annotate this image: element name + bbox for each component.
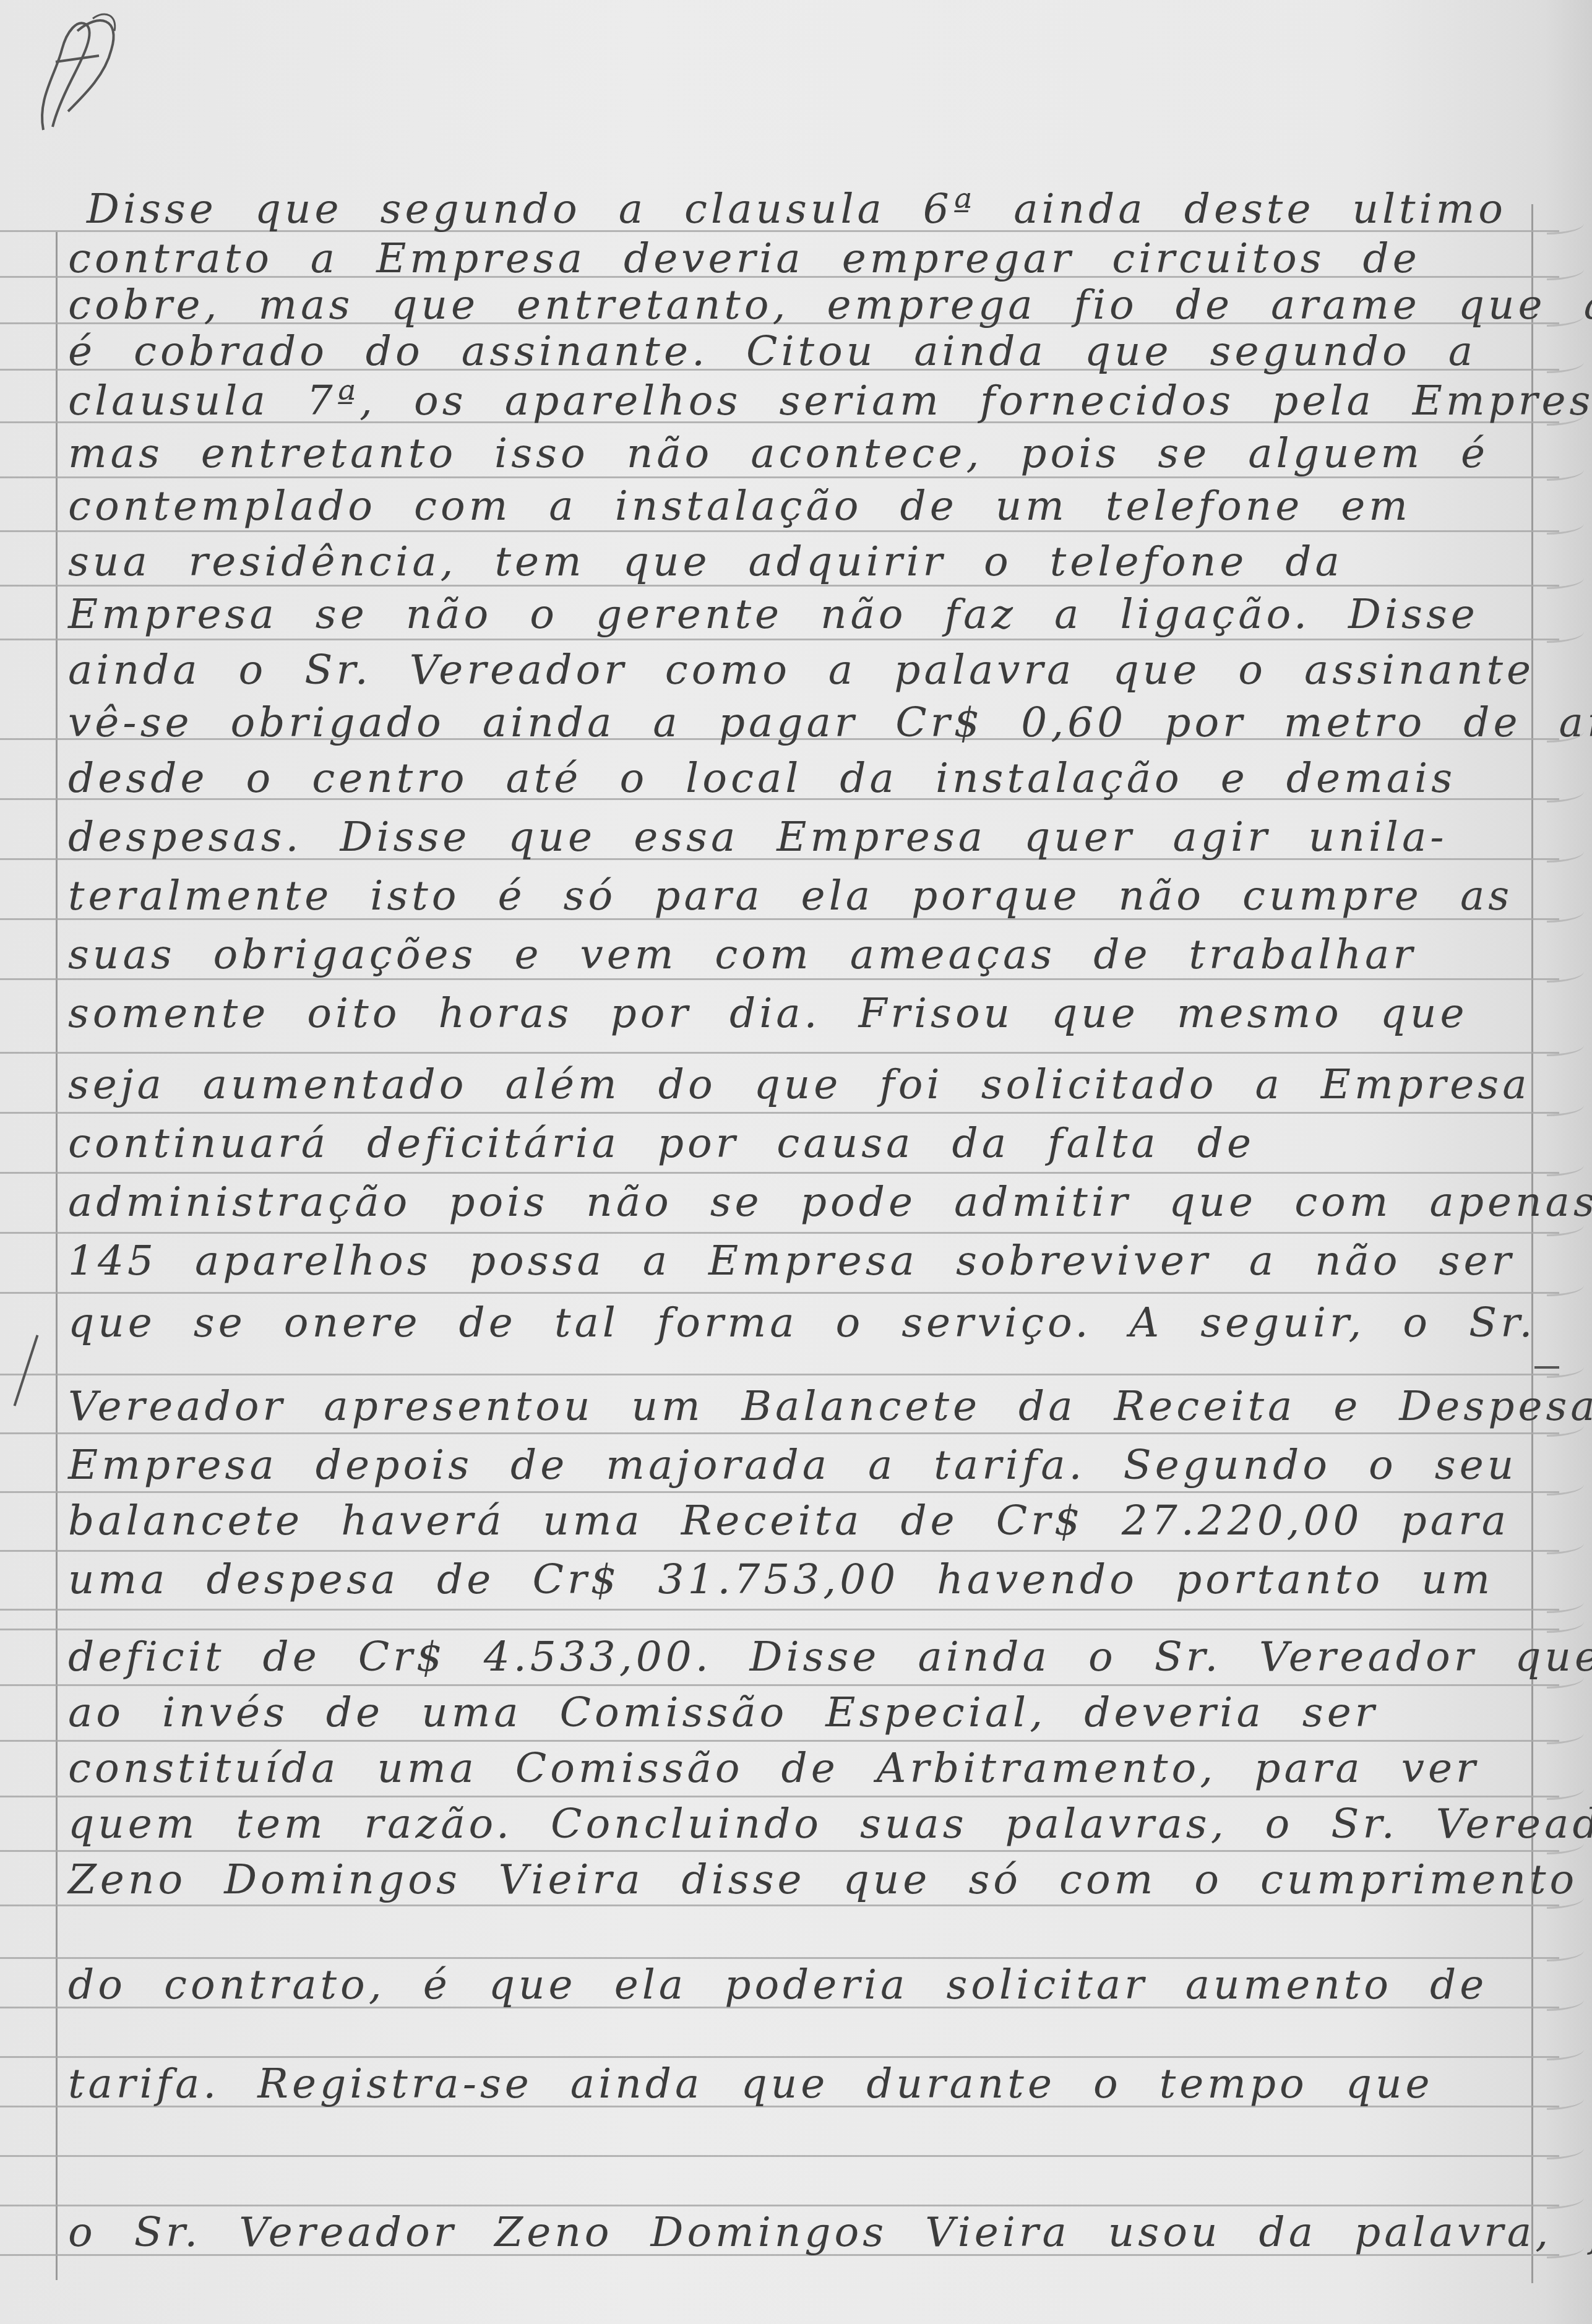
text-line: Disse que segundo a clausula 6ª ainda de… [87,189,1547,230]
ruled-line [0,1172,1559,1174]
text-line: quem tem razão. Concluindo suas palavras… [68,1804,1528,1844]
ruled-line [0,1609,1559,1611]
text-line: administração pois não se pode admitir q… [68,1182,1528,1223]
text-line: constituída uma Comissão de Arbitramento… [68,1748,1528,1789]
text-line: tarifa. Registra-se ainda que durante o … [68,2064,1528,2104]
ruled-line [0,1904,1559,1906]
text-line: vê-se obrigado ainda a pagar Cr$ 0,60 po… [68,702,1528,743]
ruled-line [0,1957,1559,1959]
text-line: o Sr. Vereador Zeno Domingos Vieira usou… [68,2212,1528,2253]
text-line: balancete haverá uma Receita de Cr$ 27.2… [68,1500,1528,1541]
ruled-line [0,2205,1559,2206]
ink-mark [1534,1366,1559,1369]
text-line: somente oito horas por dia. Frisou que m… [68,993,1528,1034]
ruled-line [0,2056,1559,2058]
text-line: ao invés de uma Comissão Especial, dever… [68,1692,1528,1733]
signature-initials-icon [19,6,136,136]
ruled-line [0,1112,1559,1114]
text-line: clausula 7ª, os aparelhos seriam forneci… [68,381,1528,421]
text-line: uma despesa de Cr$ 31.753,00 havendo por… [68,1559,1528,1600]
ruled-line [0,1292,1559,1294]
text-line: sua residência, tem que adquirir o telef… [68,541,1528,582]
text-line: continuará deficitária por causa da falt… [68,1123,1528,1164]
text-line: do contrato, é que ela poderia solicitar… [68,1965,1528,2005]
ruled-line [0,1432,1559,1434]
text-line: suas obrigações e vem com ameaças de tra… [68,934,1528,975]
text-line: Zeno Domingos Vieira disse que só com o … [68,1859,1528,1900]
text-line: mas entretanto isso não acontece, pois s… [68,433,1528,474]
right-margin-line [1531,204,1533,2283]
ruled-line [0,1052,1559,1054]
ruled-line [0,530,1559,532]
text-line: cobre, mas que entretanto, emprega fio d… [68,285,1528,325]
ruled-line [0,1684,1559,1686]
text-line: seja aumentado além do que foi solicitad… [68,1064,1528,1105]
notebook-page: Disse que segundo a clausula 6ª ainda de… [0,0,1592,2324]
ruled-line [0,1374,1559,1375]
ruled-line [0,1850,1559,1852]
text-line: contemplado com a instalação de um telef… [68,486,1528,527]
text-line: despesas. Disse que essa Empresa quer ag… [68,817,1528,858]
text-line: deficit de Cr$ 4.533,00. Disse ainda o S… [68,1637,1528,1677]
ruled-line [0,1550,1559,1552]
text-line: contrato a Empresa deveria empregar circ… [68,238,1528,279]
ink-slash-mark [14,1335,39,1406]
text-line: é cobrado do assinante. Citou ainda que … [68,331,1528,372]
ruled-line [0,1232,1559,1234]
ruled-line [0,1491,1559,1493]
ruled-line [0,978,1559,980]
text-line: desde o centro até o local da instalação… [68,758,1528,799]
ruled-line [0,1740,1559,1742]
ruled-line [0,1796,1559,1797]
ruled-line [0,1629,1559,1630]
text-line: 145 aparelhos possa a Empresa sobreviver… [68,1241,1528,1281]
ruled-line [0,2155,1559,2157]
text-line: Empresa se não o gerente não faz a ligaç… [68,594,1528,635]
left-margin-line [56,232,58,2280]
text-line: que se onere de tal forma o serviço. A s… [68,1302,1528,1343]
text-line: ainda o Sr. Vereador como a palavra que … [68,650,1528,691]
text-line: Empresa depois de majorada a tarifa. Seg… [68,1445,1528,1486]
text-line: Vereador apresentou um Balancete da Rece… [68,1386,1528,1427]
text-line: teralmente isto é só para ela porque não… [68,876,1528,916]
ruled-line [0,639,1559,640]
